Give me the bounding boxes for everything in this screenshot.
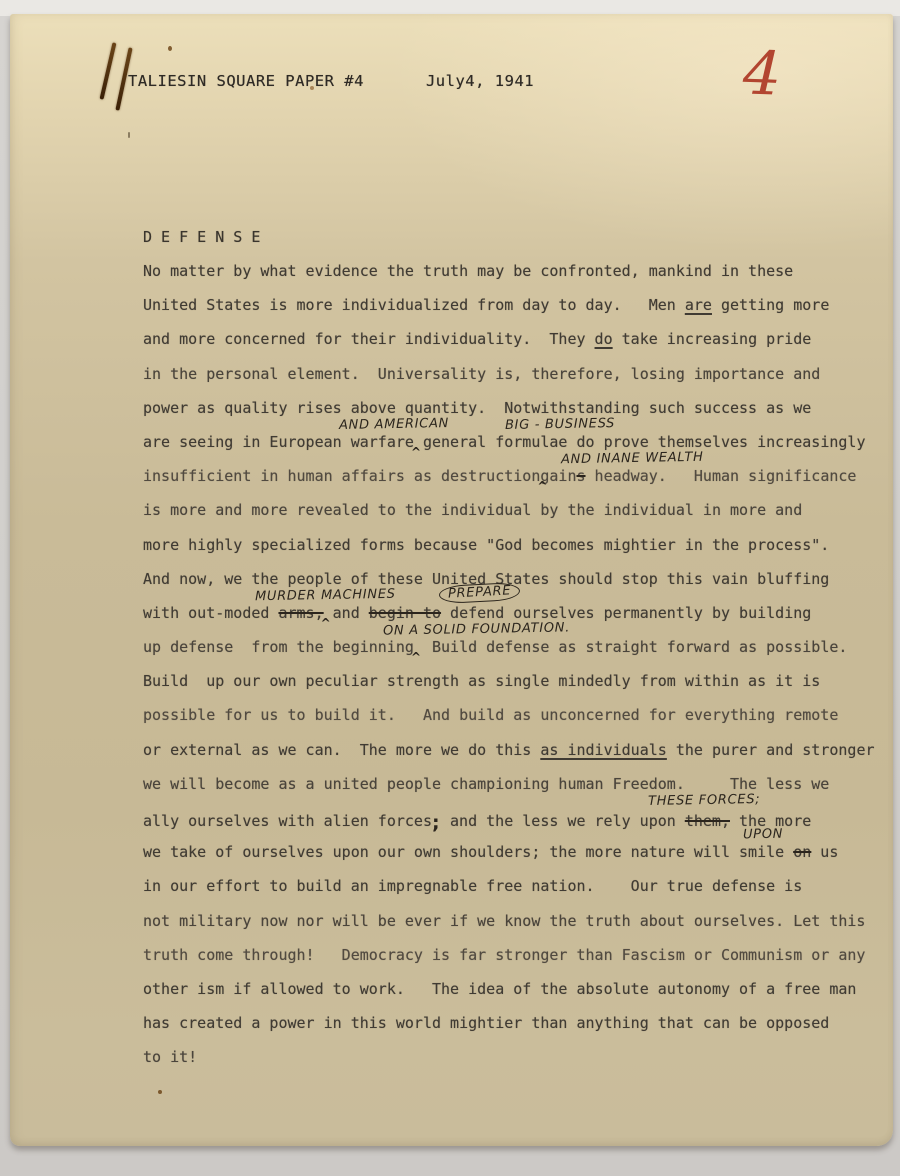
typed-text: with out-moded: [143, 604, 278, 622]
typed-line-15: or external as we can. The more we do th…: [143, 741, 883, 775]
handwritten-mark: ;: [432, 812, 441, 834]
typed-line-23: has created a power in this world mighti…: [143, 1014, 883, 1048]
typed-text: Build up our own peculiar strength as si…: [143, 672, 820, 690]
typed-line-16: we will become as a united people champi…: [143, 775, 883, 809]
paper-speck: [128, 132, 130, 138]
handwritten-annotation: ON A SOLID FOUNDATION.: [383, 620, 570, 638]
typed-line-19: in our effort to build an impregnable fr…: [143, 877, 883, 911]
struck-text: begin to: [369, 604, 441, 622]
struck-text: arms,: [278, 604, 323, 622]
handwritten-annotation: BIG - BUSINESS: [505, 416, 615, 433]
typed-line-20: not military now nor will be ever if we …: [143, 912, 883, 946]
typed-text: headway. Human significance: [586, 467, 857, 485]
typed-line-4: in the personal element. Universality is…: [143, 365, 883, 399]
typed-text: power as quality rises above quantity. N…: [143, 399, 811, 417]
paper-series-title: TALIESIN SQUARE PAPER #4: [128, 72, 364, 90]
typed-line-13: Build up our own peculiar strength as si…: [143, 672, 883, 706]
typed-text: not military now nor will be ever if we …: [143, 912, 865, 930]
typed-line-9: more highly specialized forms because "G…: [143, 536, 883, 570]
typed-text: up defense from the beginning: [143, 638, 414, 656]
typed-text: we will become as a united people champi…: [143, 775, 829, 793]
document-title: D E F E N S E: [143, 228, 260, 246]
typed-text: United States is more individualized fro…: [143, 296, 685, 314]
typed-text: are seeing in European warfare: [143, 433, 414, 451]
typed-text: as individuals: [540, 741, 666, 759]
document-header: TALIESIN SQUARE PAPER #4July4, 1941: [128, 72, 534, 90]
typed-body: No matter by what evidence the truth may…: [143, 262, 883, 1083]
typed-text: we take of ourselves upon our own should…: [143, 843, 793, 861]
typed-text: general formulae do prove themselves inc…: [414, 433, 866, 451]
typed-line-18: we take of ourselves upon our own should…: [143, 843, 883, 877]
paper-speck: [168, 46, 172, 51]
typed-text: to it!: [143, 1048, 197, 1066]
typed-text: is more and more revealed to the individ…: [143, 501, 802, 519]
typed-text: and the less we rely upon: [441, 812, 685, 830]
handwritten-annotation: AND INANE WEALTH: [561, 450, 704, 467]
typed-text: ally ourselves with alien forces: [143, 812, 432, 830]
rust-mark: [100, 42, 117, 99]
typed-line-8: is more and more revealed to the individ…: [143, 501, 883, 535]
typed-text: in our effort to build an impregnable fr…: [143, 877, 802, 895]
typed-text: more highly specialized forms because "G…: [143, 536, 829, 554]
typed-text: has created a power in this world mighti…: [143, 1014, 829, 1032]
typed-line-22: other ism if allowed to work. The idea o…: [143, 980, 883, 1014]
typed-line-7: insufficient in human affairs as destruc…: [143, 467, 883, 501]
typed-text: Build defense as straight forward as pos…: [414, 638, 847, 656]
typed-text: No matter by what evidence the truth may…: [143, 262, 793, 280]
paper-date: July4, 1941: [426, 72, 534, 90]
typed-line-6: are seeing in European warfare^ general …: [143, 433, 883, 467]
typed-text: and more concerned for their individuali…: [143, 330, 595, 348]
handwritten-annotation: MURDER MACHINES: [255, 587, 396, 604]
typed-text: or external as we can. The more we do th…: [143, 741, 540, 759]
typed-text: the purer and stronger: [667, 741, 875, 759]
struck-text: on: [793, 843, 811, 861]
typed-line-2: United States is more individualized fro…: [143, 296, 883, 330]
paper-speck: [158, 1090, 162, 1094]
typed-line-24: to it!: [143, 1048, 883, 1082]
typed-text: truth come through! Democracy is far str…: [143, 946, 865, 964]
struck-text: them,: [685, 812, 730, 830]
handwritten-annotation: THESE FORCES;: [648, 792, 761, 809]
typed-text: getting more: [712, 296, 829, 314]
handwritten-annotation: AND AMERICAN: [339, 416, 449, 433]
typed-line-12: up defense from the beginning^ Build def…: [143, 638, 883, 672]
typed-text: other ism if allowed to work. The idea o…: [143, 980, 856, 998]
typed-line-14: possible for us to build it. And build a…: [143, 706, 883, 740]
typed-text: are: [685, 296, 712, 314]
typed-text: do: [595, 330, 613, 348]
typed-line-1: No matter by what evidence the truth may…: [143, 262, 883, 296]
paper-page: 4 TALIESIN SQUARE PAPER #4July4, 1941 D …: [10, 14, 893, 1146]
typed-line-21: truth come through! Democracy is far str…: [143, 946, 883, 980]
typed-text: us: [811, 843, 838, 861]
typed-text: possible for us to build it. And build a…: [143, 706, 838, 724]
typed-text: insufficient in human affairs as destruc…: [143, 467, 540, 485]
typed-text: defend ourselves permanently by building: [441, 604, 811, 622]
page-number: 4: [742, 43, 782, 104]
typed-text: in the personal element. Universality is…: [143, 365, 820, 383]
typed-line-3: and more concerned for their individuali…: [143, 330, 883, 364]
scan-background: 4 TALIESIN SQUARE PAPER #4July4, 1941 D …: [0, 0, 900, 1176]
handwritten-annotation: UPON: [743, 827, 783, 843]
struck-text: s: [576, 467, 585, 485]
typed-text: take increasing pride: [613, 330, 812, 348]
typed-line-11: with out-moded arms,^ and begin to defen…: [143, 604, 883, 638]
